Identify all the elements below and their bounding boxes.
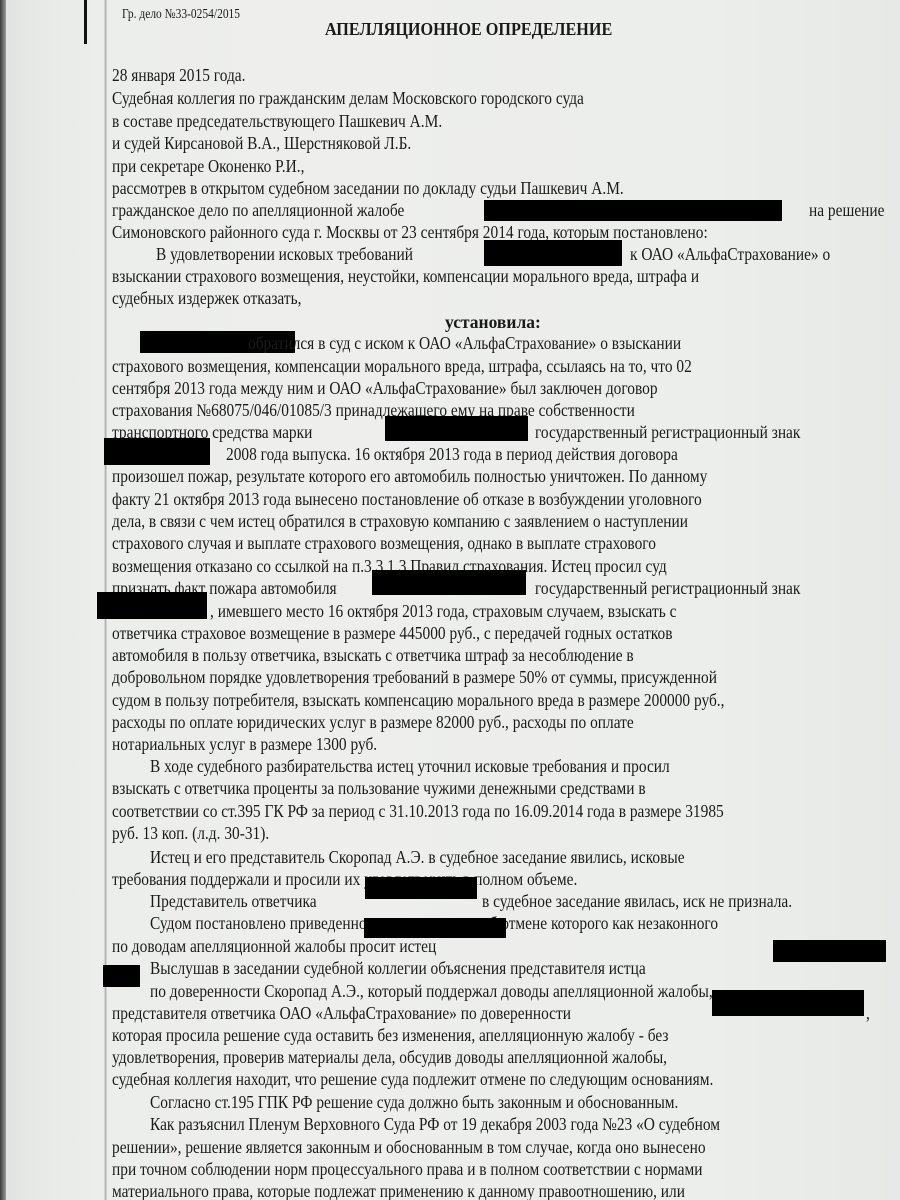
body-line: ответчика страховое возмещение в размере… [112,622,672,644]
body-line-start: Выслушав в заседании судебной коллегии о… [150,957,646,979]
header-line: рассмотрев в открытом судебном заседании… [112,177,624,199]
body-line: удовлетворения, проверив материалы дела,… [112,1046,667,1068]
redacted-block [365,877,477,899]
body-line-end: , [866,1002,870,1024]
body-line-end: по доверенности Скоропад А.Э., который п… [150,980,713,1002]
document-date: 28 января 2015 года. [112,64,245,86]
body-line: при точном соблюдении норм процессуально… [112,1158,702,1180]
body-line: автомобиля в пользу ответчика, взыскать … [112,644,634,666]
redacted-block [104,438,210,465]
header-line: при секретаре Оконенко Р.И., [112,155,304,177]
redacted-block [484,240,622,266]
redacted-block [385,416,528,441]
redacted-block [103,965,140,987]
body-line: решении», решение является законным и об… [112,1136,706,1158]
body-line-end: 2008 года выпуска. 16 октября 2013 года … [226,443,678,465]
body-line: руб. 13 коп. (л.д. 30-31). [112,822,269,844]
body-line: взыскать с ответчика проценты за пользов… [112,777,646,799]
appeal-line-start: гражданское дело по апелляционной жалобе [112,199,404,221]
body-line: материального права, которые подлежат пр… [112,1180,685,1200]
pen-mark [84,0,87,44]
body-line: требования поддержали и просили их удовл… [112,868,577,890]
ruling-text: судебных издержек отказать, [112,287,301,309]
body-line-end: в судебное заседание явилась, иск не при… [482,890,792,912]
body-line-start: представителя ответчика ОАО «АльфаСтрахо… [112,1002,571,1024]
body-line: судебная коллегия находит, что решение с… [112,1068,713,1090]
body-line-end: , имевшего место 16 октября 2013 года, с… [210,600,676,622]
body-line: добровольном порядке удовлетворения треб… [112,666,717,688]
header-line: в составе председательствующего Пашкевич… [112,110,442,132]
body-line: произошел пожар, результате которого его… [112,465,707,487]
redacted-block [712,990,864,1016]
page-edge-shadow [0,0,6,1200]
body-line: страхового случая и выплате страхового в… [112,532,656,554]
redacted-block [484,200,782,221]
scanned-page: Гр. дело №33-0254/2015 АПЕЛЛЯЦИОННОЕ ОПР… [0,0,900,1200]
body-line: страхования №68075/046/01085/3 принадлеж… [112,399,635,421]
body-line: Истец и его представитель Скоропад А.Э. … [150,846,685,868]
body-line: судом в пользу потребителя, взыскать ком… [112,689,725,711]
redacted-block [97,592,207,619]
body-line: В ходе судебного разбирательства истец у… [150,755,670,777]
header-line: и судей Кирсановой В.А., Шерстняковой Л.… [112,132,411,154]
document-title: АПЕЛЛЯЦИОННОЕ ОПРЕДЕЛЕНИЕ [325,18,612,40]
body-line: Как разъяснил Пленум Верховного Суда РФ … [150,1113,720,1135]
body-line-end: государственный регистрационный знак [535,577,800,599]
body-line: страхового возмещения, компенсации морал… [112,355,692,377]
body-line-start: Представитель ответчика [150,890,317,912]
redacted-block [364,918,506,938]
redacted-block [773,940,886,962]
section-heading: установила: [445,311,541,333]
body-line: сентября 2013 года между ним и ОАО «Альф… [112,377,658,399]
ruling-text: В удовлетворении исковых требований [156,243,413,265]
ruling-text: взыскании страхового возмещения, неустой… [112,265,699,287]
appeal-line-end: на решение [809,199,884,221]
body-line: нотариальных услуг в размере 1300 руб. [112,733,377,755]
body-line-start: по доводам апелляционной жалобы просит и… [112,935,436,957]
body-line-end: государственный регистрационный знак [535,421,800,443]
body-line: факту 21 октября 2013 года вынесено пост… [112,488,702,510]
body-line: дела, в связи с чем истец обратился в ст… [112,510,688,532]
body-line-end: обратился в суд с иском к ОАО «АльфаСтра… [248,332,681,354]
body-line: которая просила решение суда оставить бе… [112,1024,668,1046]
case-number: Гр. дело №33-0254/2015 [122,4,240,26]
header-line: Судебная коллегия по гражданским делам М… [112,87,584,109]
body-line: Согласно ст.195 ГПК РФ решение суда долж… [150,1091,678,1113]
body-line: расходы по оплате юридических услуг в ра… [112,711,634,733]
redacted-block [372,570,526,595]
body-line: соответствии со ст.395 ГК РФ за период с… [112,800,724,822]
ruling-text: к ОАО «АльфаСтрахование» о [630,243,830,265]
